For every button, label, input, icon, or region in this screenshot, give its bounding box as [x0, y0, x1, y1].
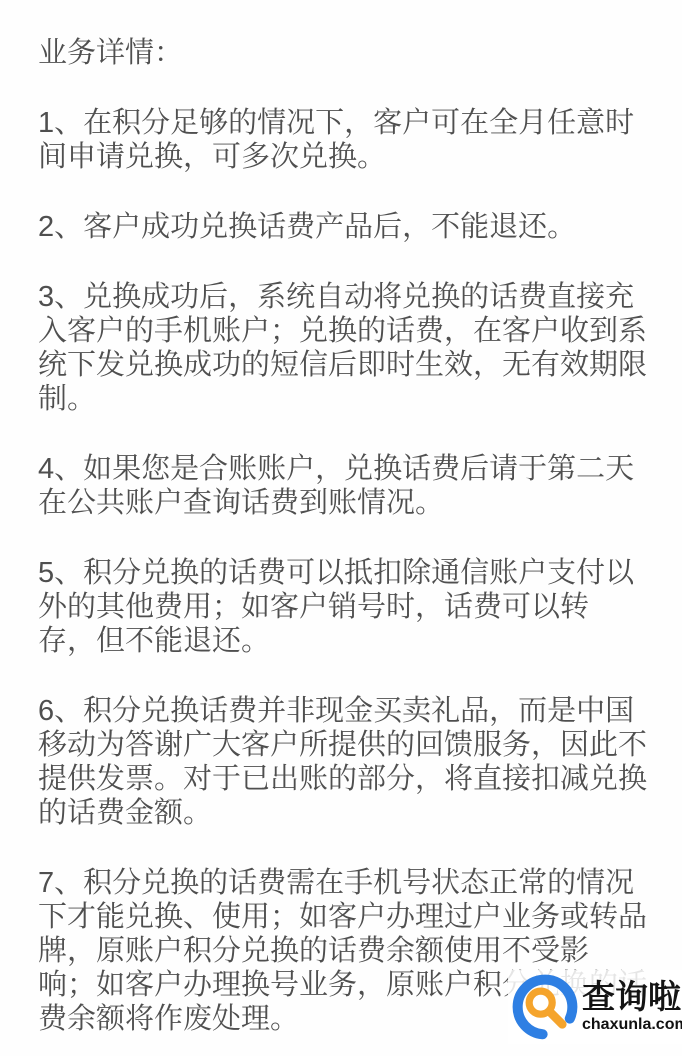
list-item-6: 6、积分兑换话费并非现金买卖礼品，而是中国 移动为答谢广大客户所提供的回馈服务，… — [38, 694, 650, 830]
list-item-3: 3、兑换成功后，系统自动将兑换的话费直接充 入客户的手机账户；兑换的话费，在客户… — [38, 280, 650, 416]
list-item-4: 4、如果您是合账账户，兑换话费后请于第二天 在公共账户查询话费到账情况。 — [38, 452, 650, 520]
list-item-1: 1、在积分足够的情况下，客户可在全月任意时 间申请兑换，可多次兑换。 — [38, 106, 650, 174]
text-line: 1、在积分足够的情况下，客户可在全月任意时 — [38, 106, 650, 140]
list-item-2: 2、客户成功兑换话费产品后，不能退还。 — [38, 210, 650, 244]
text-line: 的话费金额。 — [38, 796, 650, 830]
text-line: 牌，原账户积分兑换的话费余额使用不受影 — [38, 934, 650, 968]
text-line: 制。 — [38, 382, 650, 416]
text-line: 入客户的手机账户；兑换的话费，在客户收到系 — [38, 314, 650, 348]
watermark-chaxunla: 查询啦 chaxunla.com — [508, 970, 682, 1044]
text-line: 2、客户成功兑换话费产品后，不能退还。 — [38, 210, 650, 244]
text-line: 提供发票。对于已出账的部分，将直接扣减兑换 — [38, 762, 650, 796]
text-line: 间申请兑换，可多次兑换。 — [38, 140, 650, 174]
watermark-text: 查询啦 chaxunla.com — [582, 981, 682, 1033]
text-line: 移动为答谢广大客户所提供的回馈服务，因此不 — [38, 728, 650, 762]
watermark-domain: chaxunla.com — [582, 1016, 682, 1033]
list-item-5: 5、积分兑换的话费可以抵扣除通信账户支付以 外的其他费用；如客户销号时，话费可以… — [38, 556, 650, 658]
text-line: 外的其他费用；如客户销号时，话费可以转 — [38, 590, 650, 624]
magnifier-logo-icon — [509, 971, 581, 1043]
text-line: 下才能兑换、使用；如客户办理过户业务或转品 — [38, 900, 650, 934]
page-title: 业务详情： — [38, 36, 650, 70]
document-body: 业务详情： 1、在积分足够的情况下，客户可在全月任意时 间申请兑换，可多次兑换。… — [38, 36, 650, 1036]
text-line: 统下发兑换成功的短信后即时生效，无有效期限 — [38, 348, 650, 382]
text-line: 6、积分兑换话费并非现金买卖礼品，而是中国 — [38, 694, 650, 728]
text-line: 在公共账户查询话费到账情况。 — [38, 486, 650, 520]
text-line: 3、兑换成功后，系统自动将兑换的话费直接充 — [38, 280, 650, 314]
text-line: 7、积分兑换的话费需在手机号状态正常的情况 — [38, 866, 650, 900]
text-line: 4、如果您是合账账户，兑换话费后请于第二天 — [38, 452, 650, 486]
text-line: 5、积分兑换的话费可以抵扣除通信账户支付以 — [38, 556, 650, 590]
watermark-brand: 查询啦 — [582, 981, 682, 1015]
text-line: 存，但不能退还。 — [38, 624, 650, 658]
